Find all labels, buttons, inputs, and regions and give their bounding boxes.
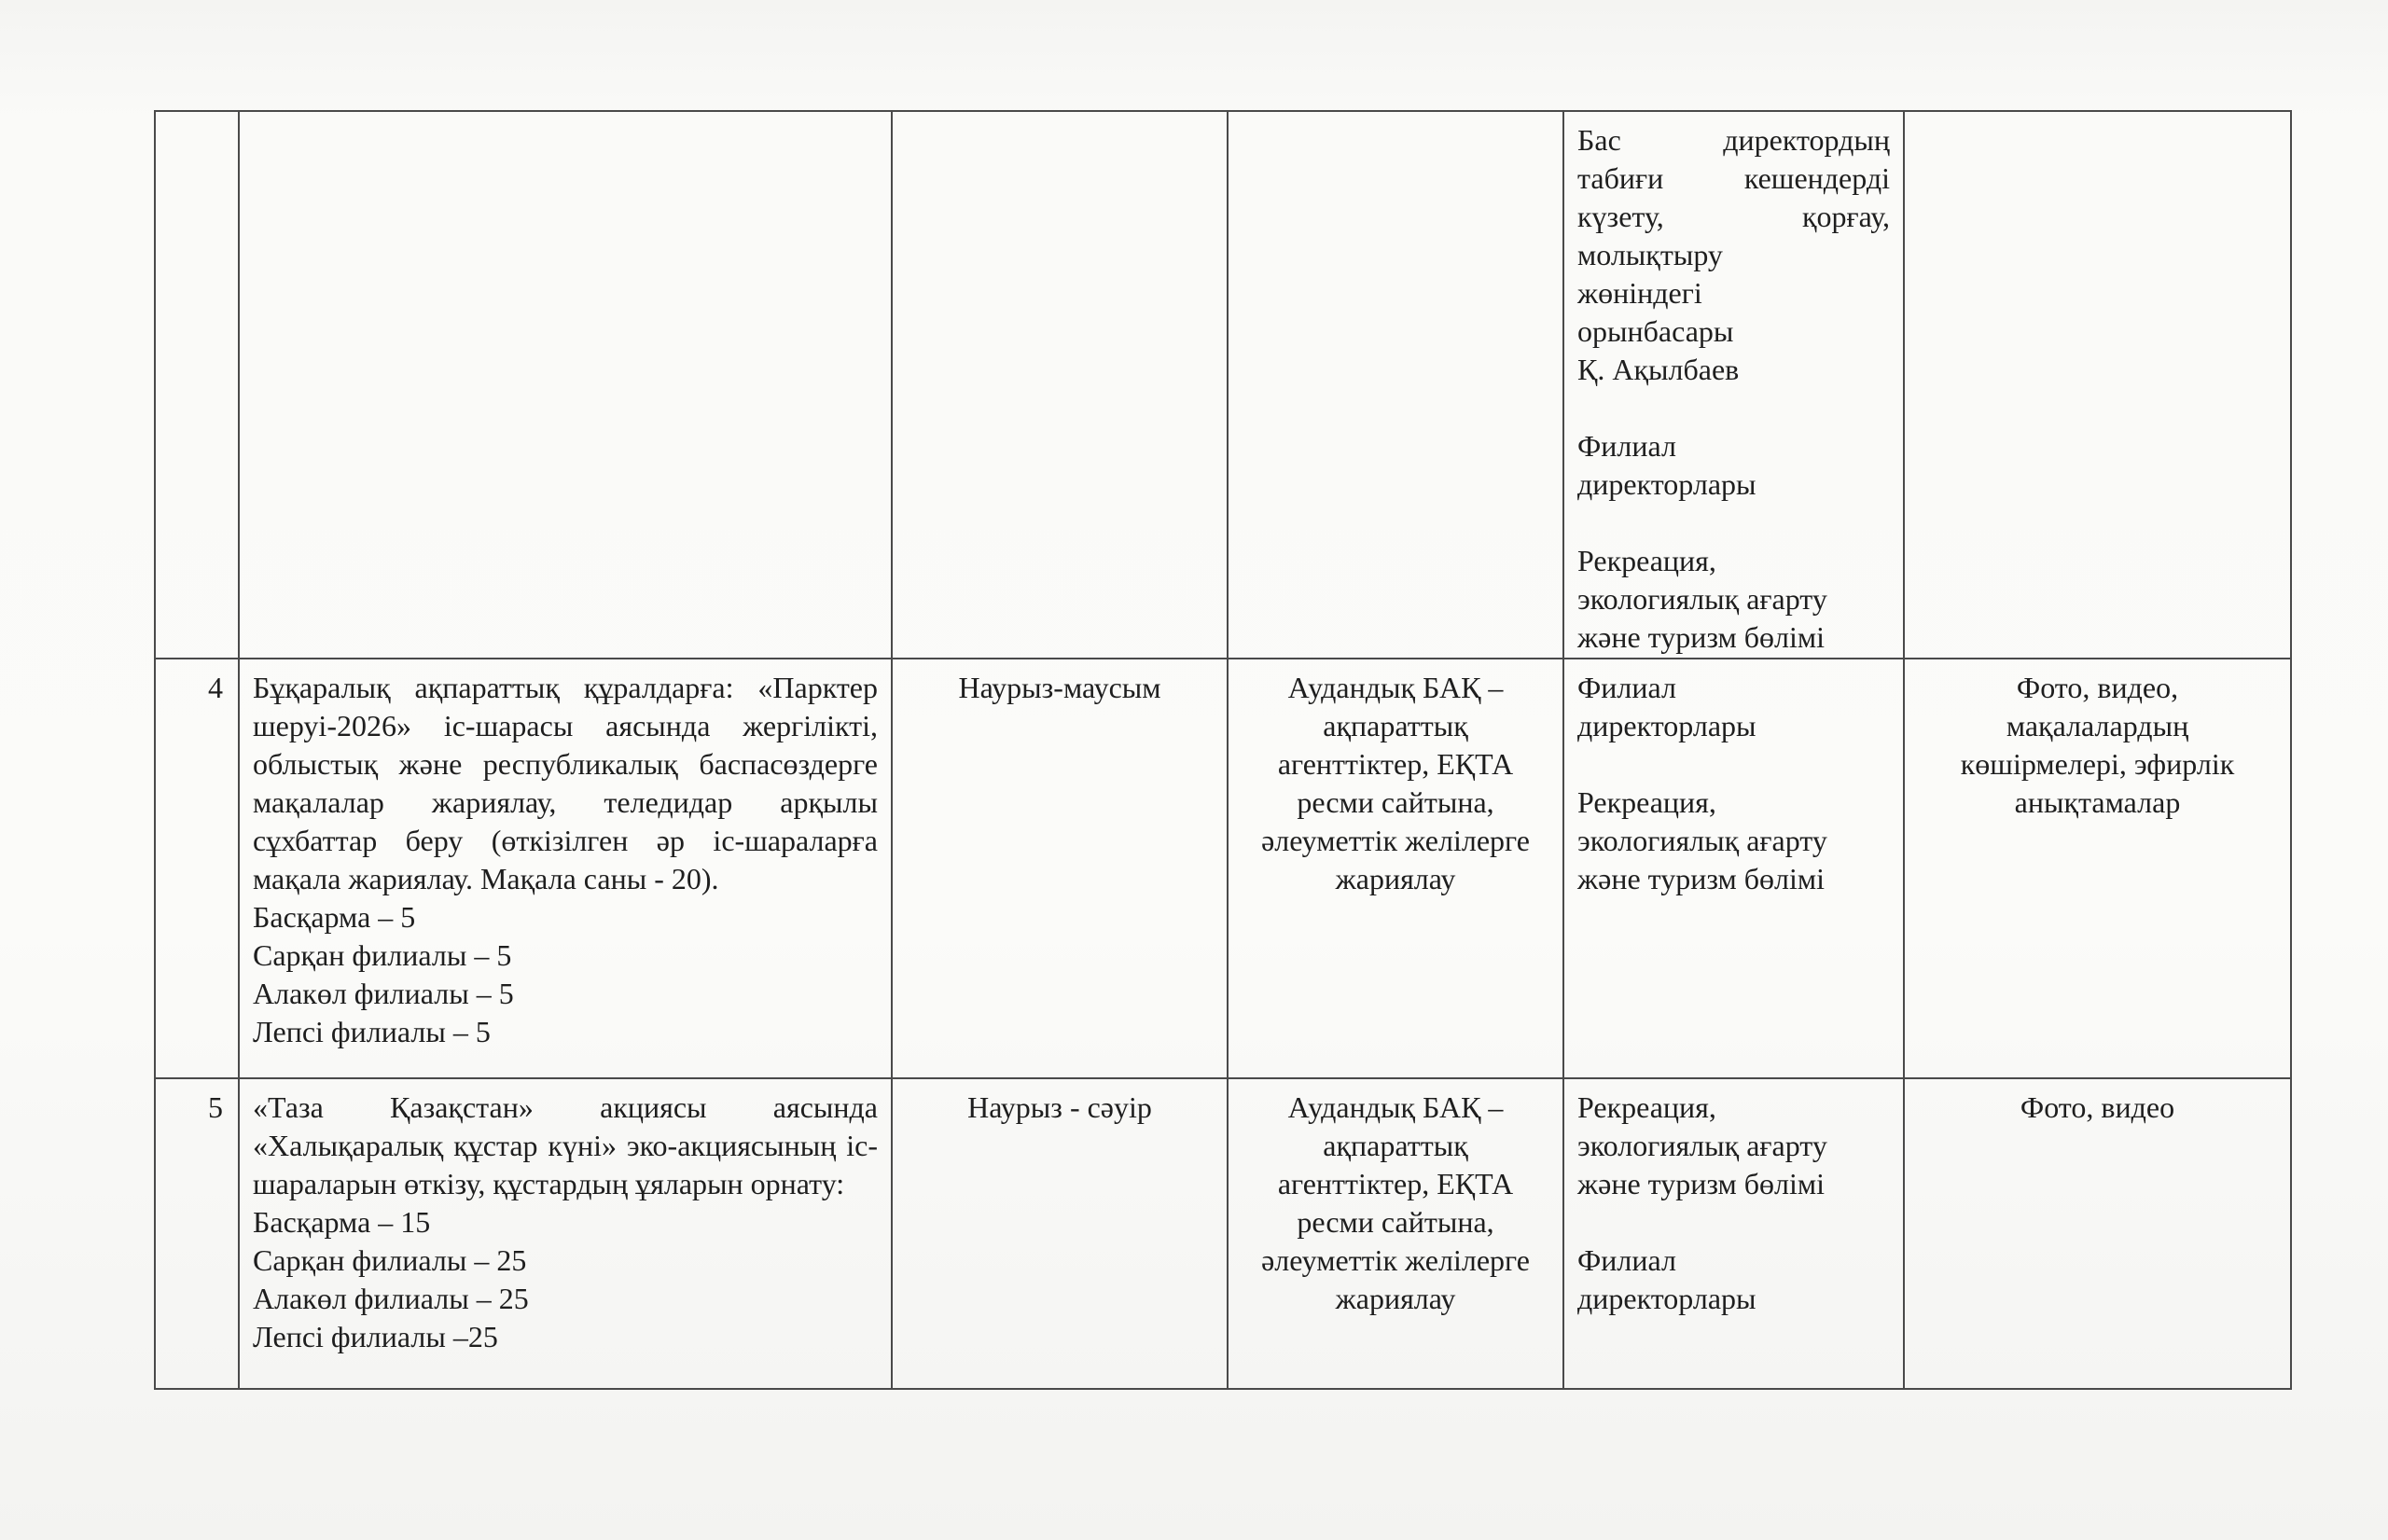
event-item: Сарқан филиалы – 5 xyxy=(253,936,878,975)
event-description: «Таза Қазақстан» акциясы аясында «Халықа… xyxy=(253,1089,878,1203)
event-item: Басқарма – 5 xyxy=(253,898,878,936)
date-cell: Наурыз-маусым xyxy=(892,659,1228,1078)
responsible-line: директорлары xyxy=(1577,465,1890,504)
responsible-line: жөніндегі xyxy=(1577,274,1890,312)
form-cell: Аудандық БАҚ – ақпараттық агенттіктер, Е… xyxy=(1228,659,1563,1078)
table-row: 4 Бұқаралық ақпараттық құралдарға: «Парк… xyxy=(155,659,2291,1078)
event-item: Лепсі филиалы – 5 xyxy=(253,1013,878,1051)
event-item: Сарқан филиалы – 25 xyxy=(253,1242,878,1280)
event-cell: Бұқаралық ақпараттық құралдарға: «Паркте… xyxy=(239,659,892,1078)
row-number-cell: 4 xyxy=(155,659,239,1078)
responsible-line: табиғи кешендерді xyxy=(1577,160,1890,198)
result-cell: Фото, видео, мақалалардың көшірмелері, э… xyxy=(1904,659,2291,1078)
responsible-line: орынбасары xyxy=(1577,312,1890,351)
event-item: Лепсі филиалы –25 xyxy=(253,1318,878,1356)
table-row: Бас директордың табиғи кешендерді күзету… xyxy=(155,111,2291,659)
table-row: 5 «Таза Қазақстан» акциясы аясында «Халы… xyxy=(155,1078,2291,1389)
responsible-name: Қ. Ақылбаев xyxy=(1577,351,1890,389)
responsible-line: молықтыру xyxy=(1577,236,1890,274)
result-cell xyxy=(1904,111,2291,659)
responsible-line: экологиялық ағарту xyxy=(1577,580,1890,618)
responsible-line: Бас директордың xyxy=(1577,121,1890,160)
form-cell xyxy=(1228,111,1563,659)
responsible-line: күзету, қорғау, xyxy=(1577,198,1890,236)
responsible-line: Рекреация, xyxy=(1577,542,1890,580)
result-cell: Фото, видео xyxy=(1904,1078,2291,1389)
activity-plan-table: Бас директордың табиғи кешендерді күзету… xyxy=(154,110,2292,1390)
event-cell xyxy=(239,111,892,659)
responsible-line: Филиал xyxy=(1577,427,1890,465)
event-item: Басқарма – 15 xyxy=(253,1203,878,1242)
responsible-cell: Рекреация, экологиялық ағарту және туриз… xyxy=(1563,1078,1904,1389)
form-cell: Аудандық БАҚ – ақпараттық агенттіктер, Е… xyxy=(1228,1078,1563,1389)
date-cell: Наурыз - сәуір xyxy=(892,1078,1228,1389)
event-cell: «Таза Қазақстан» акциясы аясында «Халықа… xyxy=(239,1078,892,1389)
event-item: Алакөл филиалы – 25 xyxy=(253,1280,878,1318)
row-number-cell: 5 xyxy=(155,1078,239,1389)
responsible-cell: Бас директордың табиғи кешендерді күзету… xyxy=(1563,111,1904,659)
event-item: Алакөл филиалы – 5 xyxy=(253,975,878,1013)
responsible-line: және туризм бөлімі xyxy=(1577,618,1890,657)
event-description: Бұқаралық ақпараттық құралдарға: «Паркте… xyxy=(253,669,878,898)
row-number-cell xyxy=(155,111,239,659)
scanned-page: Бас директордың табиғи кешендерді күзету… xyxy=(0,0,2388,1540)
responsible-cell: Филиал директорлары Рекреация, экологиял… xyxy=(1563,659,1904,1078)
date-cell xyxy=(892,111,1228,659)
